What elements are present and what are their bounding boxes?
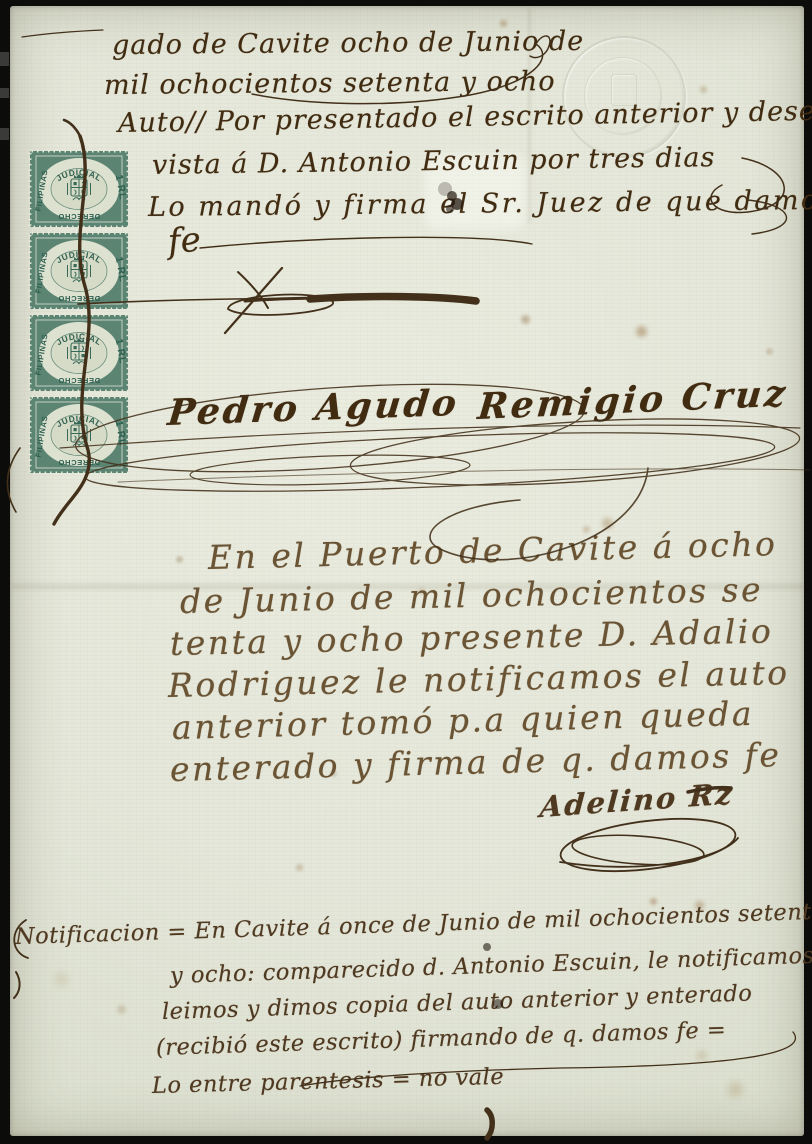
judicial-stamp: JUDICIAL FILIPINAS DERECHO 1 RL <box>30 233 128 309</box>
judicial-stamp: JUDICIAL FILIPINAS DERECHO 1 RL <box>30 151 128 227</box>
stamp-strip: JUDICIAL FILIPINAS DERECHO 1 RL JUDICIAL <box>27 148 131 480</box>
notification-escuin-label: Notificacion = <box>15 919 188 950</box>
scan-artifact <box>0 52 9 66</box>
scan-artifact <box>0 88 9 98</box>
scan-artifact <box>0 128 9 140</box>
scanned-document: JUDICIAL FILIPINAS DERECHO 1 RL JUDICIAL <box>0 0 812 1144</box>
stamp-derecho-label: DERECHO <box>58 376 100 385</box>
foxing-stains <box>0 0 7 7</box>
stamp-derecho-label: DERECHO <box>58 294 100 303</box>
stamp-derecho-label: DERECHO <box>58 212 100 221</box>
stamp-derecho-label: DERECHO <box>58 458 100 467</box>
judicial-stamp: JUDICIAL FILIPINAS DERECHO 1 RL <box>30 315 128 391</box>
decree-line-6: fe <box>167 220 202 262</box>
decree-line-2: mil ochocientos setenta y ocho <box>104 66 556 101</box>
judicial-stamp: JUDICIAL FILIPINAS DERECHO 1 RL <box>30 397 128 473</box>
decree-line-1: gado de Cavite ocho de Junio de <box>112 26 584 61</box>
